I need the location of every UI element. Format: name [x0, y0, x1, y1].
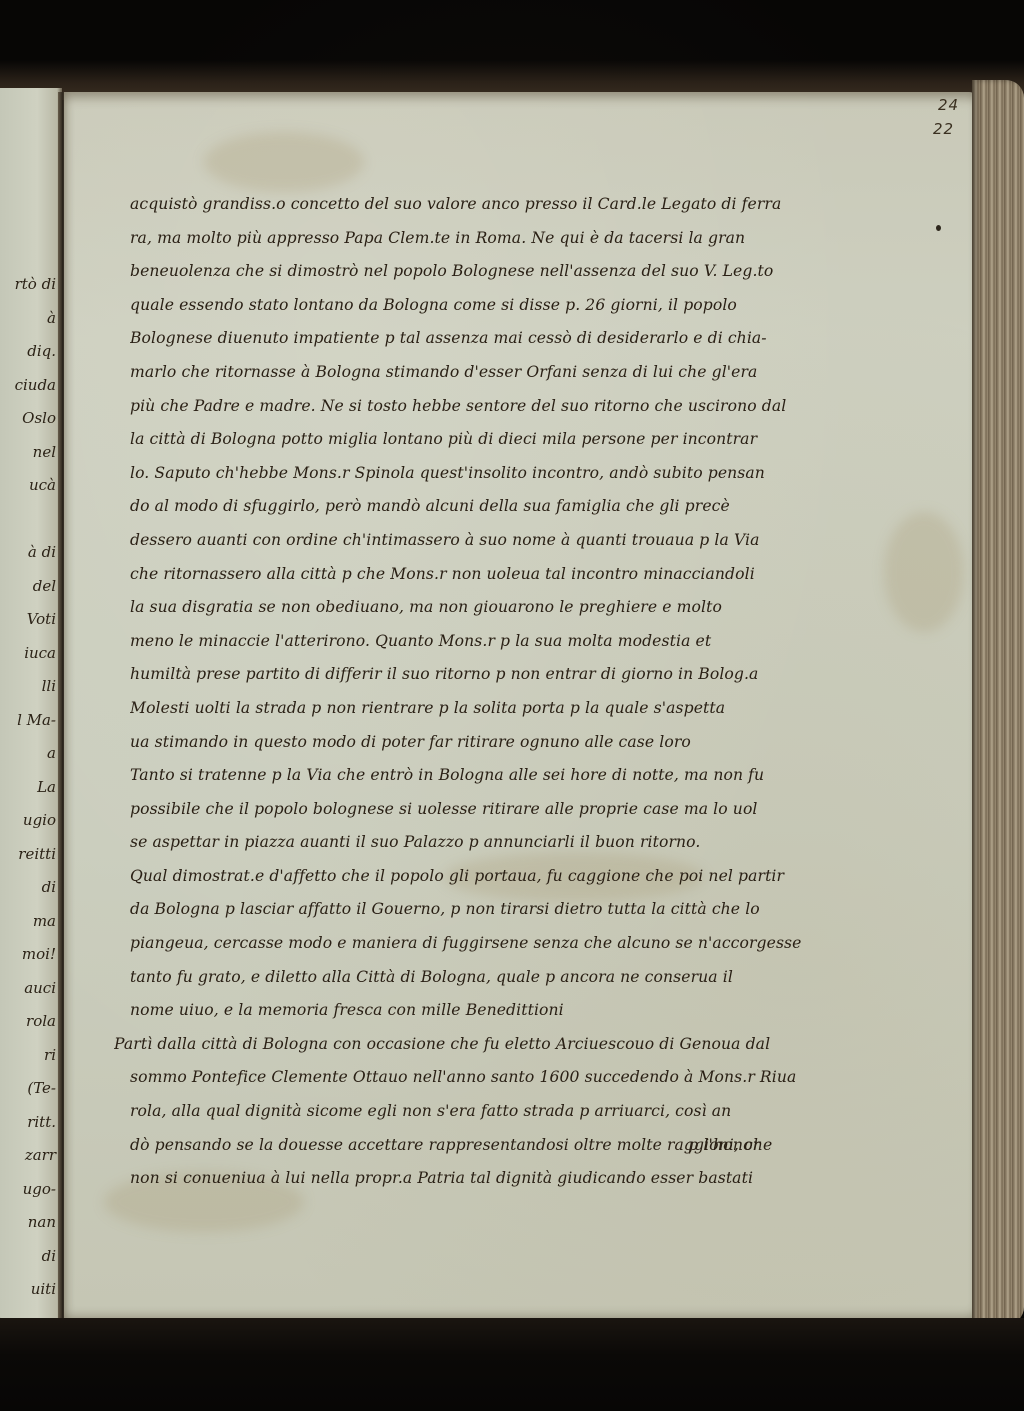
left-page-line: La — [0, 771, 58, 805]
left-page-text: rtò di à diq. ciuda Oslo nel ucà à di de… — [0, 268, 58, 1307]
folio-number-bottom: 22 — [933, 120, 954, 138]
left-page-line: diq. — [0, 335, 58, 369]
catchword: p l'honor — [688, 1135, 760, 1154]
left-page-line: ma — [0, 905, 58, 939]
text-line: marlo che ritornasse à Bologna stimando … — [130, 356, 850, 390]
left-page-line: auci — [0, 972, 58, 1006]
left-page-line: di — [0, 871, 58, 905]
text-line: nome uiuo, e la memoria fresca con mille… — [130, 994, 850, 1028]
text-line: che ritornassero alla città p che Mons.r… — [130, 558, 850, 592]
text-line: da Bologna p lasciar affatto il Gouerno,… — [130, 893, 850, 927]
left-page-line: (Te- — [0, 1072, 58, 1106]
text-line: Molesti uolti la strada p non rientrare … — [130, 692, 850, 726]
left-page-line: lli — [0, 670, 58, 704]
manuscript-scan: rtò di à diq. ciuda Oslo nel ucà à di de… — [0, 0, 1024, 1411]
page-edges — [972, 80, 1024, 1325]
text-line: piangeua, cercasse modo e maniera di fug… — [130, 927, 850, 961]
text-line: ua stimando in questo modo di poter far … — [130, 726, 850, 760]
left-page-line: nel — [0, 436, 58, 470]
left-page-line: rtò di — [0, 268, 58, 302]
left-page-line: rola — [0, 1005, 58, 1039]
text-line: tanto fu grato, e diletto alla Città di … — [130, 961, 850, 995]
manuscript-text: acquistò grandiss.o concetto del suo val… — [130, 188, 850, 1196]
text-line: Bolognese diuenuto impatiente p tal asse… — [130, 322, 850, 356]
text-line: la città di Bologna potto miglia lontano… — [130, 423, 850, 457]
left-page-line: di — [0, 1240, 58, 1274]
text-line: acquistò grandiss.o concetto del suo val… — [130, 188, 850, 222]
left-page-line: nan — [0, 1206, 58, 1240]
ink-spot — [936, 225, 941, 231]
text-line: sommo Pontefice Clemente Ottauo nell'ann… — [130, 1061, 850, 1095]
text-line: lo. Saputo ch'hebbe Mons.r Spinola quest… — [130, 457, 850, 491]
text-line: Tanto si tratenne p la Via che entrò in … — [130, 759, 850, 793]
left-page-line: Voti — [0, 603, 58, 637]
left-page-line: moi! — [0, 938, 58, 972]
text-line: quale essendo stato lontano da Bologna c… — [130, 289, 850, 323]
text-line: non si conueniua à lui nella propr.a Pat… — [130, 1162, 850, 1196]
left-page-line: à — [0, 302, 58, 336]
left-page-line: a — [0, 737, 58, 771]
folio-number-top: 24 — [938, 96, 959, 114]
text-line: possibile che il popolo bolognese si uol… — [130, 793, 850, 827]
left-page-line: à di — [0, 536, 58, 570]
paragraph-start-line: Partì dalla città di Bologna con occasio… — [114, 1028, 850, 1062]
text-line: dessero auanti con ordine ch'intimassero… — [130, 524, 850, 558]
text-line: se aspettar in piazza auanti il suo Pala… — [130, 826, 850, 860]
left-page-line: ucà — [0, 469, 58, 503]
left-page-line — [0, 503, 58, 537]
text-line: beneuolenza che si dimostrò nel popolo B… — [130, 255, 850, 289]
text-line: ra, ma molto più appresso Papa Clem.te i… — [130, 222, 850, 256]
left-page-line: iuca — [0, 637, 58, 671]
text-line: la sua disgratia se non obediuano, ma no… — [130, 591, 850, 625]
left-page-line: l Ma- — [0, 704, 58, 738]
left-page-line: zarr — [0, 1139, 58, 1173]
left-page-line: uiti — [0, 1273, 58, 1307]
text-line: Qual dimostrat.e d'affetto che il popolo… — [130, 860, 850, 894]
paper-stain — [204, 132, 364, 192]
left-page-line: ugo- — [0, 1173, 58, 1207]
paper-stain — [884, 512, 964, 632]
left-page-line: ciuda — [0, 369, 58, 403]
left-page-line: ri — [0, 1039, 58, 1073]
text-line: rola, alla qual dignità sicome egli non … — [130, 1095, 850, 1129]
left-page-line: ugio — [0, 804, 58, 838]
text-line: do al modo di sfuggirlo, però mandò alcu… — [130, 490, 850, 524]
left-page: rtò di à diq. ciuda Oslo nel ucà à di de… — [0, 88, 62, 1323]
text-line: humiltà prese partito di differir il suo… — [130, 658, 850, 692]
text-line: meno le minaccie l'atterirono. Quanto Mo… — [130, 625, 850, 659]
left-page-line: del — [0, 570, 58, 604]
text-line: più che Padre e madre. Ne si tosto hebbe… — [130, 390, 850, 424]
left-page-line: ritt. — [0, 1106, 58, 1140]
left-page-line: Oslo — [0, 402, 58, 436]
left-page-line: reitti — [0, 838, 58, 872]
background-bottom — [0, 1318, 1024, 1411]
